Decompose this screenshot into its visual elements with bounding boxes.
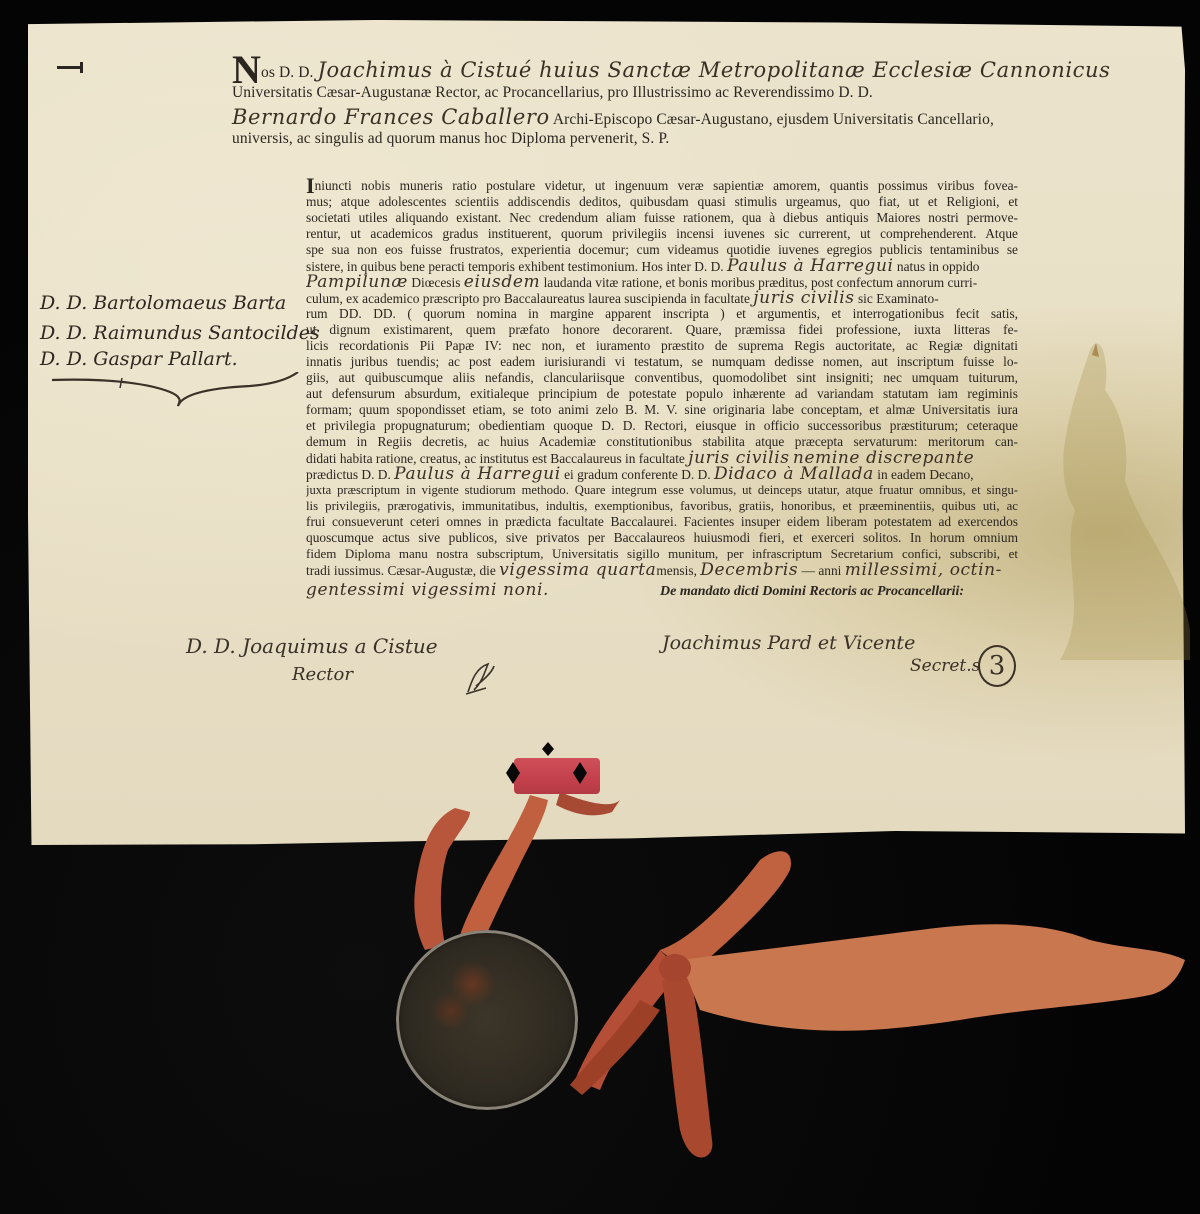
rector-name-handwritten: Joachimus à Cistué huius Sanctæ Metropol… [317,58,1110,82]
body-line: sistere, in quibus bene peracti temporis… [306,258,1018,275]
candidate-name-handwritten: Paulus à Harregui [727,258,894,275]
body-line: rentur, ut academicos gradus institueren… [306,226,1018,242]
water-stain [1030,330,1190,660]
body-line: fidem Diploma manu nostra subscriptum, U… [306,546,1018,562]
candidate-name-handwritten-2: Paulus à Harregui [394,466,561,483]
body-line: ut dignum existimarent, quem præfato hon… [306,322,1018,338]
body-line: giis, aut quibuscumque aliis nefandis, c… [306,370,1018,386]
body-line: didati habita ratione, creatus, ac insti… [306,450,1018,467]
secretary-signature: Joachimus Pard et Vicente [662,632,915,654]
body-line: prædictus D. D. Paulus à Harregui ei gra… [306,466,1018,483]
body-line: societati utiles aliquando existant. Nec… [306,210,1018,226]
body-line: tradi iussimus. Cæsar-Augustæ, die viges… [306,562,1018,579]
body-line: lis privilegiis, prærogativis, immunitat… [306,498,1018,514]
body-line: spe sua non eos fuisse frustratos, exper… [306,242,1018,258]
body-line: quoscumque actus sive publicos, sive pri… [306,530,1018,546]
header-line-2: Universitatis Cæsar-Augustanæ Rector, ac… [232,84,873,102]
body-line: rum DD. DD. ( quorum nomina in margine a… [306,306,1018,322]
circled-number: 3 [978,645,1016,687]
faculty-handwritten: juris civilis [753,290,854,307]
faculty-handwritten: juris civilis [688,450,789,467]
body-line: Iniuncti nobis muneris ratio postulare v… [306,178,1018,194]
secretary-title: Secret.s [910,656,980,676]
body-line: frui consueverunt ceteri omnes in prædic… [306,514,1018,530]
examiner-name: D. D. Raimundus Santocildes [40,322,320,344]
body-line: juxta præscriptum in vigente studiorum m… [306,482,1018,498]
rector-signature: D. D. Joaquimus a Cistue [186,634,438,658]
verdict-handwritten: nemine discrepante [793,450,974,467]
header-line-4: universis, ac singulis ad quorum manus h… [232,130,669,148]
ribbon-tab [514,758,600,794]
examiner-name: D. D. Bartolomaeus Barta [40,292,286,314]
diocese-handwritten: eiusdem [464,274,540,291]
body-line: innatis juribus tuendis; ac post eadem i… [306,354,1018,370]
body-line: Pampilunæ Diœcesis eiusdem laudanda vitæ… [306,274,1018,291]
examiner-name: D. D. Gaspar Pallart. [40,348,238,370]
birthplace-handwritten: Pampilunæ [306,274,408,291]
year-handwritten-1: millessimi, octin- [845,562,1002,579]
body-line: licis recordationis Pii Papæ IV: nec non… [306,338,1018,354]
wax-seal-skippet [396,930,578,1110]
body-line: culum, ex academico præscripto pro Bacca… [306,290,1018,307]
year-handwritten-2: gentessimi vigessimi noni. [306,582,549,599]
corner-mark [57,66,83,69]
rubric-flourish [458,660,508,696]
month-handwritten: Decembris [700,562,798,579]
header-line-3: Bernardo Frances Caballero Archi-Episcop… [232,105,994,129]
body-line: formam; quum spopondisset etiam, se toto… [306,402,1018,418]
body-line: mus; atque adolescentes scientiis addisc… [306,194,1018,210]
day-handwritten: vigessima quarta [499,562,656,579]
mandate-line: De mandato dicti Domini Rectoris ac Proc… [660,584,964,600]
body-line: aut defensurum absurdum, exitialeque pri… [306,386,1018,402]
chancellor-name-handwritten: Bernardo Frances Caballero [232,105,550,129]
curly-brace-flourish [50,372,300,412]
body-line: et privilegia propugnaturum; obedientiam… [306,418,1018,434]
dean-name-handwritten: Didaco à Mallada [714,466,874,483]
body-line: demum in Regiis decretis, ac huius Acade… [306,434,1018,450]
rector-title: Rector [292,664,353,685]
